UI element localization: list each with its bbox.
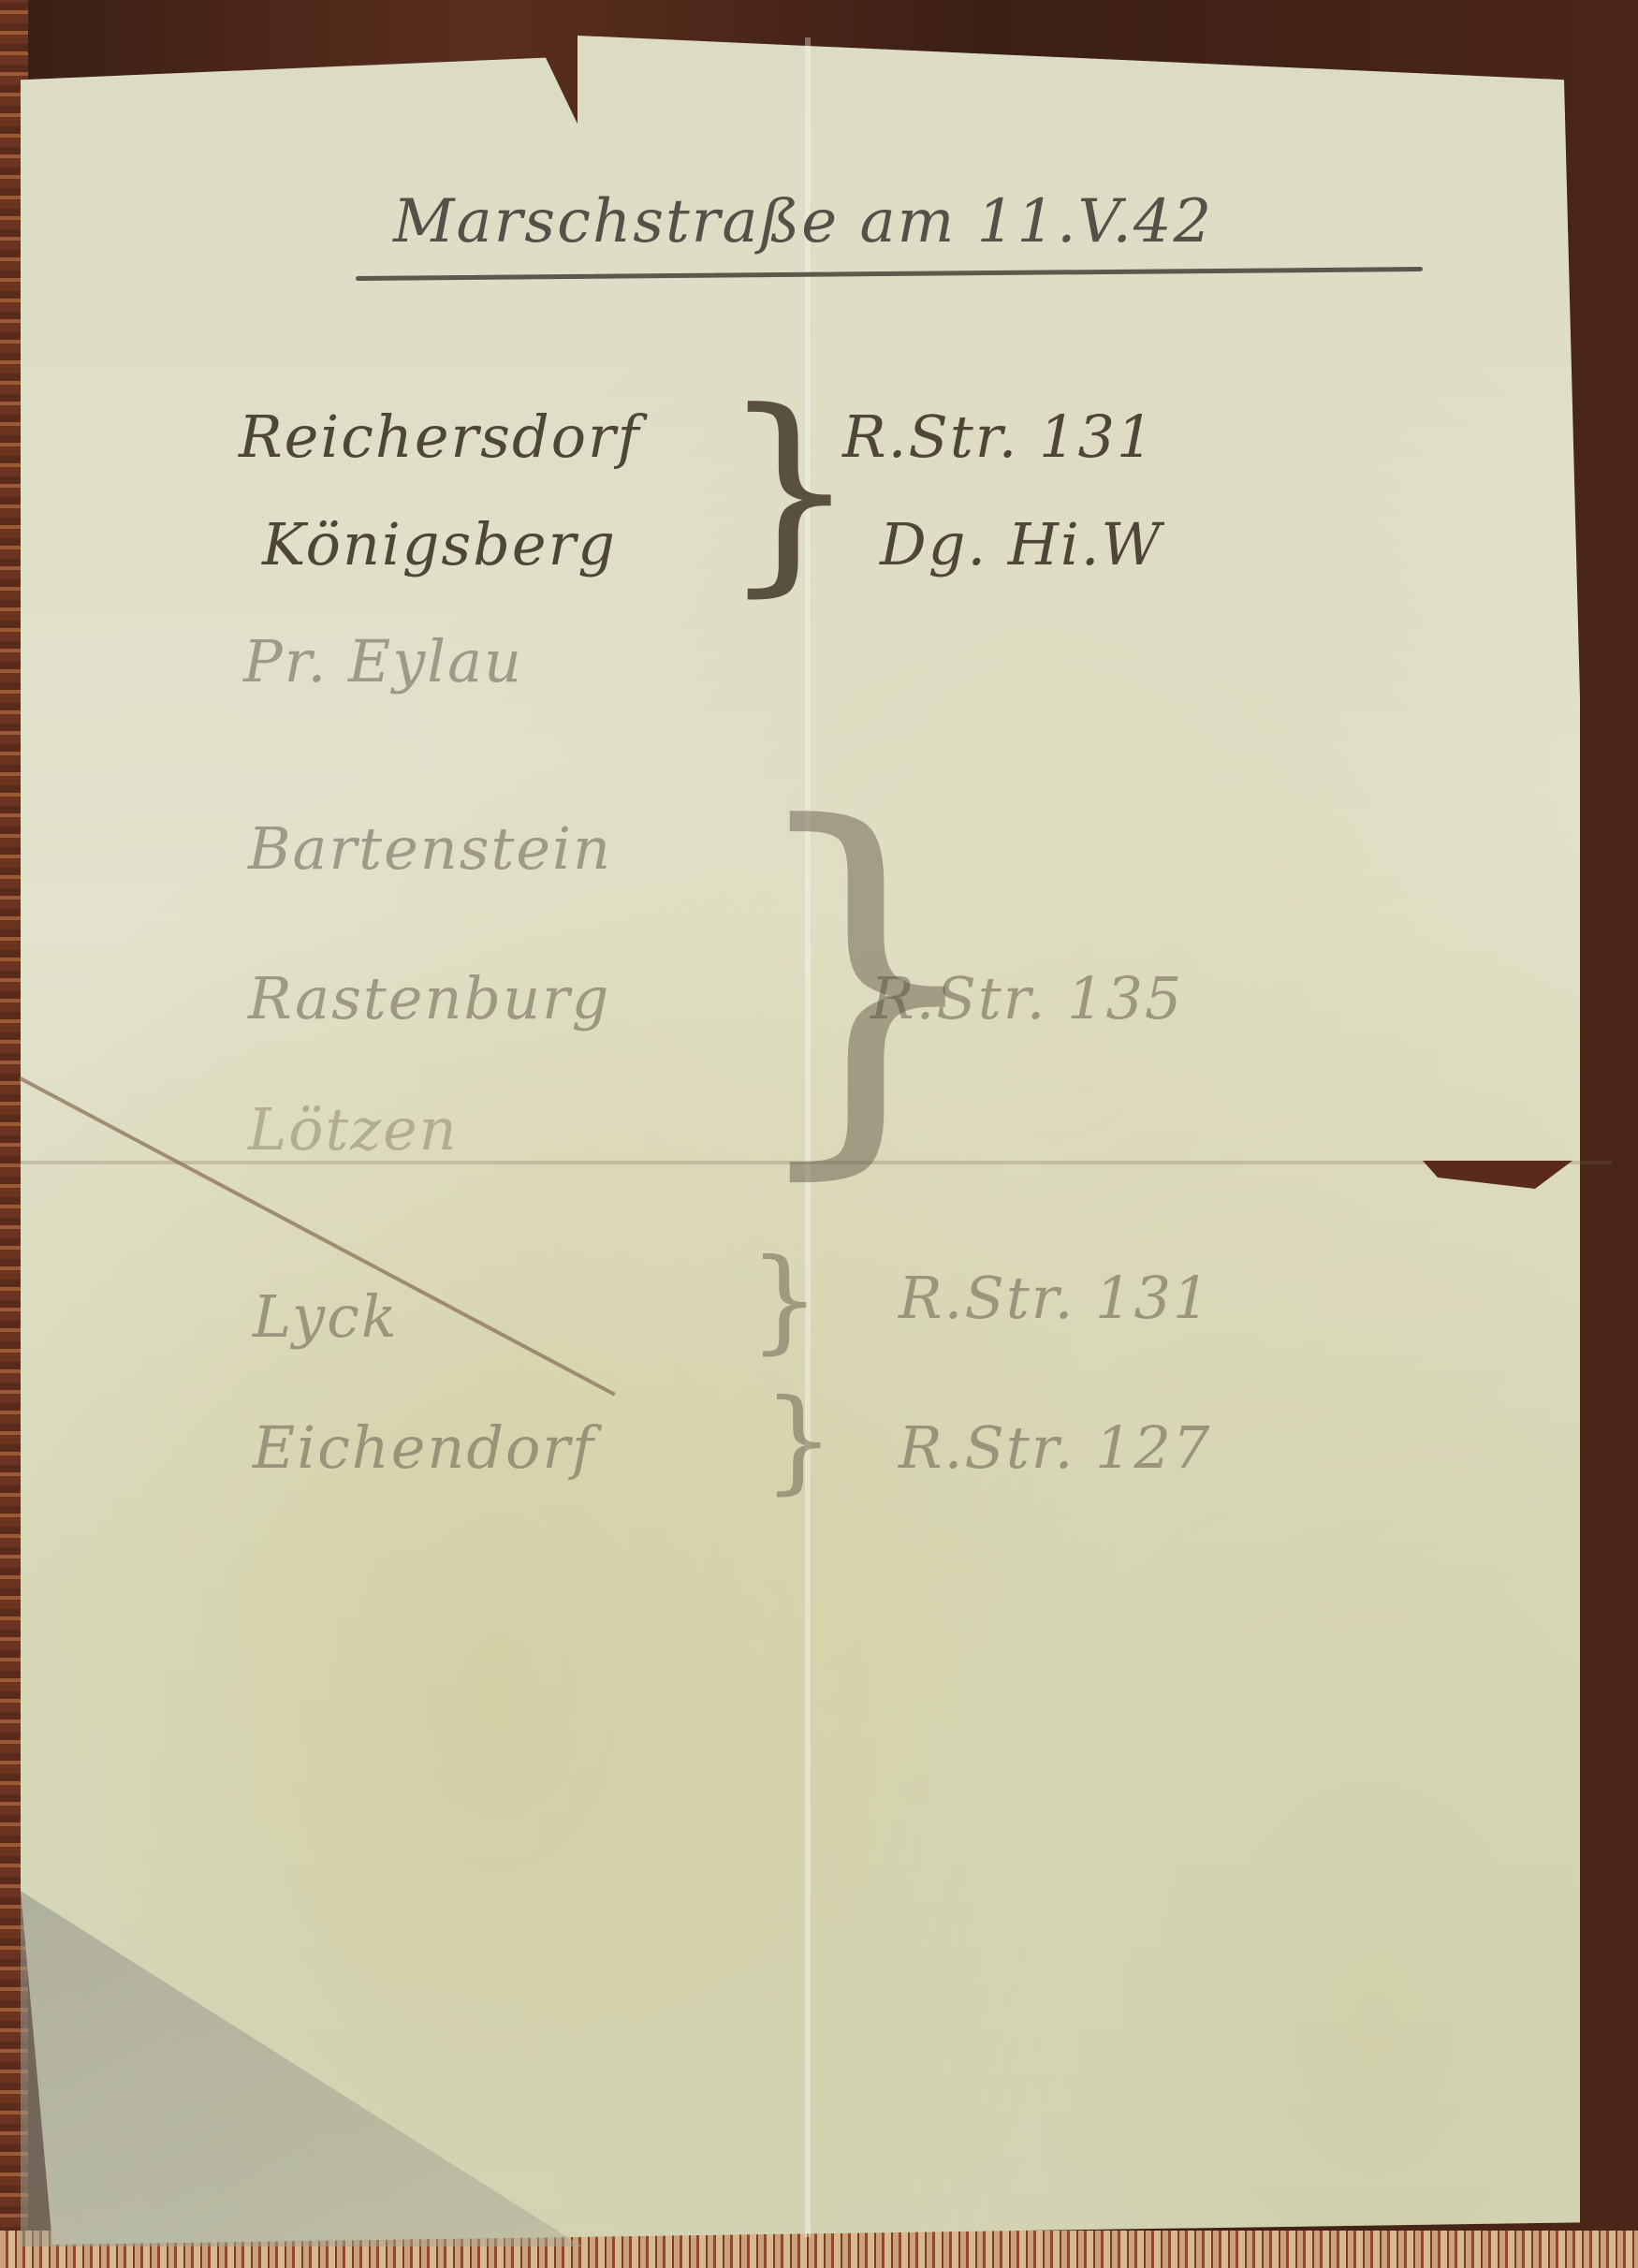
place-name: Eichendorf <box>253 1413 595 1482</box>
place-name: Lyck <box>253 1282 398 1351</box>
place-name: Pr. Eylau <box>243 627 523 695</box>
route-label: R.Str. 127 <box>899 1413 1211 1482</box>
curly-brace-icon: } <box>763 1385 834 1498</box>
curly-brace-icon: } <box>721 384 857 599</box>
route-label: R.Str. 135 <box>870 964 1183 1032</box>
place-name: Königsberg <box>262 510 617 578</box>
curly-brace-icon: } <box>749 1245 820 1357</box>
document-title: Marschstraße am 11.V.42 <box>393 187 1213 256</box>
place-name: Reichersdorf <box>239 402 641 471</box>
place-name: Lötzen <box>248 1095 459 1163</box>
place-name: Bartenstein <box>248 814 612 883</box>
route-label: R.Str. 131 <box>842 402 1155 471</box>
route-label: R.Str. 131 <box>899 1264 1211 1332</box>
place-name: Rastenburg <box>248 964 610 1032</box>
route-label: Dg. Hi.W <box>880 510 1163 578</box>
